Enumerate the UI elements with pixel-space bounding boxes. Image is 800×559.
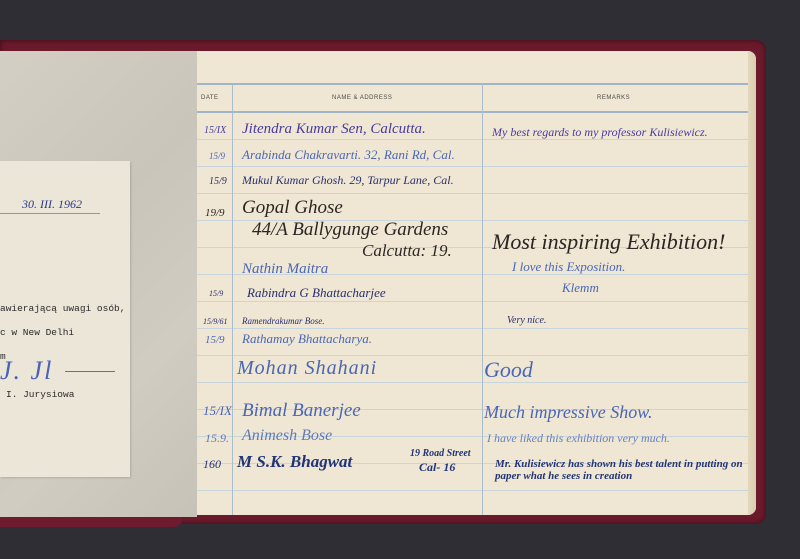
entry-name: M S.K. Bhagwat — [237, 452, 352, 472]
name-column-rule — [482, 84, 483, 515]
entry-name: Animesh Bose — [242, 427, 332, 445]
entry-remarks: I love this Exposition. — [512, 259, 625, 275]
note-signature-line — [65, 371, 115, 372]
entry-date: 15/IX — [204, 125, 226, 136]
entry-name: Mohan Shahani — [237, 357, 377, 380]
entry-remarks: Good — [484, 357, 533, 383]
entry-remarks: I have liked this exhibition very much. — [487, 431, 670, 446]
entry-address: 19 Road Street — [410, 448, 471, 459]
column-header-name-address: NAME & ADDRESS — [332, 95, 392, 101]
entry-remarks: Mr. Kulisiewicz has shown his best talen… — [495, 458, 745, 482]
column-header-remarks: REMARKS — [597, 95, 630, 101]
entry-name: Rathamay Bhattacharya. — [242, 331, 372, 347]
left-page: 30. III. 1962 awierającą uwagi osób, c w… — [0, 51, 197, 517]
entry-date: 15/9 — [209, 289, 223, 298]
entry-remarks: My best regards to my professor Kulisiew… — [492, 125, 708, 140]
entry-name: Jitendra Kumar Sen, Calcutta. — [242, 121, 426, 138]
entry-date: 160 — [203, 457, 221, 472]
ruled-line — [197, 166, 748, 167]
entry-remarks-signature: Klemm — [562, 280, 599, 296]
note-date-line — [0, 213, 100, 214]
header-bottom-rule — [197, 111, 748, 113]
note-typed-line: awierającą uwagi osób, — [0, 303, 125, 314]
note-date: 30. III. 1962 — [22, 197, 82, 212]
entry-remarks: Most inspiring Exhibition! — [492, 229, 725, 255]
note-signature-scrawl: J. Jl — [0, 356, 53, 386]
entry-date: 15.9. — [205, 431, 229, 446]
column-header-date: DATE — [201, 95, 219, 101]
entry-date: 15/9 — [205, 334, 225, 346]
entry-name: Gopal Ghose — [242, 197, 343, 219]
typed-note: 30. III. 1962 awierającą uwagi osób, c w… — [0, 161, 130, 477]
ruled-line — [197, 193, 748, 194]
entry-name: Arabinda Chakravarti. 32, Rani Rd, Cal. — [242, 147, 455, 163]
date-column-rule — [232, 84, 233, 515]
entry-name: Mukul Kumar Ghosh. 29, Tarpur Lane, Cal. — [242, 173, 454, 188]
entry-date: 15/9 — [209, 151, 225, 161]
entry-remarks: Very nice. — [507, 315, 546, 326]
entry-name: Nathin Maitra — [242, 261, 328, 278]
entry-date: 19/9 — [205, 207, 225, 219]
note-signature-name: I. Jurysiowa — [6, 389, 74, 400]
ruled-line — [197, 301, 748, 302]
entry-address: Calcutta: 19. — [362, 241, 452, 261]
page-block-edge — [748, 51, 756, 515]
entry-address: Cal- 16 — [419, 460, 455, 475]
entry-name: Bimal Banerjee — [242, 400, 361, 422]
note-typed-line: c w New Delhi — [0, 327, 74, 338]
entry-address: 44/A Ballygunge Gardens — [252, 219, 448, 241]
header-top-rule — [197, 83, 748, 85]
entry-name: Rabindra G Bhattacharjee — [247, 285, 386, 301]
ruled-line — [197, 490, 748, 491]
entry-date: 15/9 — [209, 176, 227, 187]
entry-remarks: Much impressive Show. — [484, 402, 652, 423]
guestbook-page: DATE NAME & ADDRESS REMARKS 15/IX Jitend… — [197, 51, 756, 515]
entry-date: 15/IX — [203, 403, 232, 419]
entry-date: 15/9/61 — [203, 317, 227, 326]
ruled-line — [197, 382, 748, 383]
entry-name: Ramendrakumar Bose. — [242, 316, 325, 326]
ruled-line — [197, 355, 748, 356]
ruled-line — [197, 328, 748, 329]
